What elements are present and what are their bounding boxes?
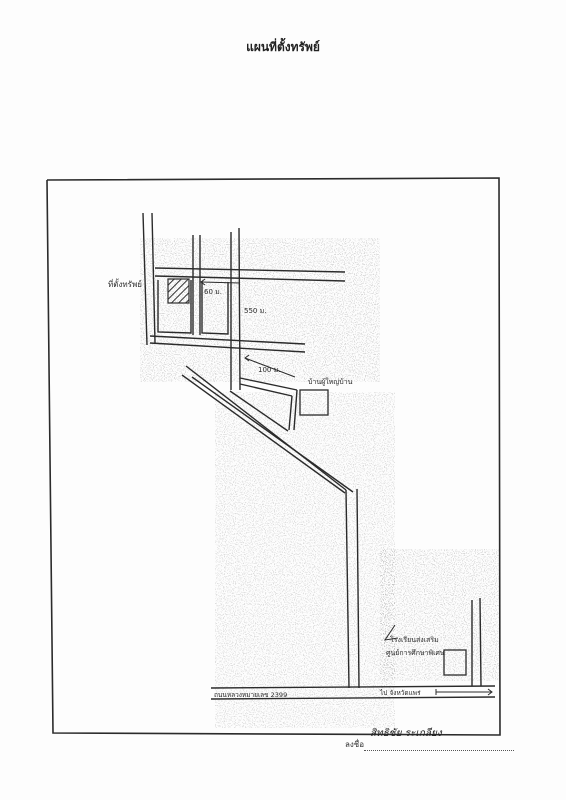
- label-to-province: ไป จังหวัดแพร่: [379, 689, 421, 697]
- village-head-house: [300, 390, 328, 415]
- label-distance-60: 60 ม.: [204, 288, 222, 296]
- signature-dots: [364, 742, 514, 751]
- label-distance-100: 100 ม.: [258, 366, 280, 374]
- property-marker: [168, 279, 189, 303]
- label-highway: ถนนหลวงหมายเลข 2399: [214, 691, 287, 699]
- label-school-1: โรงเรียนส่งเสริม: [390, 635, 439, 644]
- signature-line: ลงชื่อ: [345, 738, 514, 751]
- location-map: ที่ตั้งทรัพย์ 60 ม. 550 ม. 100 ม. บ้านผู…: [0, 0, 566, 800]
- label-distance-550: 550 ม.: [244, 307, 266, 315]
- document-page: แผนที่ตั้งทรัพย์: [0, 0, 566, 800]
- label-school-2: ศูนย์การศึกษาพิเศษ: [386, 648, 445, 657]
- signature-label: ลงชื่อ: [345, 740, 364, 749]
- label-landmark: ที่ตั้งทรัพย์: [108, 278, 142, 289]
- label-village-head: บ้านผู้ใหญ่บ้าน: [308, 377, 353, 386]
